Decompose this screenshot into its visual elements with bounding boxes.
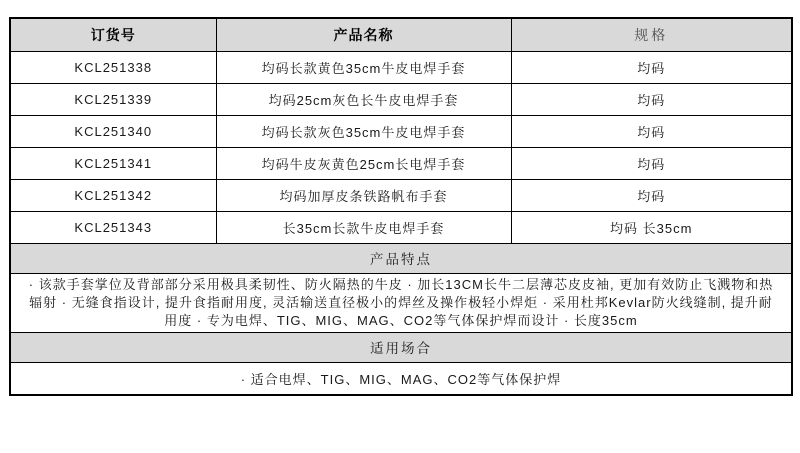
order-number-cell: KCL251338	[10, 51, 216, 83]
spec-cell: 均码	[511, 83, 792, 115]
order-number-cell: KCL251339	[10, 83, 216, 115]
table-row: KCL251342 均码加厚皮条铁路帆布手套 均码	[10, 179, 792, 211]
features-content-row: · 该款手套掌位及背部部分采用极具柔韧性、防火隔热的牛皮 · 加长13CM长牛二…	[10, 273, 792, 332]
features-content-text: · 该款手套掌位及背部部分采用极具柔韧性、防火隔热的牛皮 · 加长13CM长牛二…	[10, 273, 792, 332]
table-row: KCL251338 均码长款黄色35cm牛皮电焊手套 均码	[10, 51, 792, 83]
applications-section-header-row: 适用场合	[10, 332, 792, 362]
applications-content-text: · 适合电焊、TIG、MIG、MAG、CO2等气体保护焊	[10, 362, 792, 395]
spec-cell: 均码	[511, 115, 792, 147]
table-row: KCL251343 长35cm长款牛皮电焊手套 均码 长35cm	[10, 211, 792, 243]
table-row: KCL251339 均码25cm灰色长牛皮电焊手套 均码	[10, 83, 792, 115]
table-header-row: 订货号 产品名称 规格	[10, 18, 792, 51]
product-name-cell: 均码25cm灰色长牛皮电焊手套	[216, 83, 511, 115]
order-number-cell: KCL251342	[10, 179, 216, 211]
product-name-cell: 均码长款黄色35cm牛皮电焊手套	[216, 51, 511, 83]
applications-content-row: · 适合电焊、TIG、MIG、MAG、CO2等气体保护焊	[10, 362, 792, 395]
spec-cell: 均码	[511, 147, 792, 179]
table-row: KCL251341 均码牛皮灰黄色25cm长电焊手套 均码	[10, 147, 792, 179]
applications-section-title: 适用场合	[10, 332, 792, 362]
product-name-cell: 均码牛皮灰黄色25cm长电焊手套	[216, 147, 511, 179]
column-header-product-name: 产品名称	[216, 18, 511, 51]
product-name-cell: 均码加厚皮条铁路帆布手套	[216, 179, 511, 211]
column-header-spec: 规格	[511, 18, 792, 51]
spec-cell: 均码	[511, 51, 792, 83]
features-section-title: 产品特点	[10, 243, 792, 273]
table-row: KCL251340 均码长款灰色35cm牛皮电焊手套 均码	[10, 115, 792, 147]
order-number-cell: KCL251343	[10, 211, 216, 243]
order-number-cell: KCL251341	[10, 147, 216, 179]
column-header-order-number: 订货号	[10, 18, 216, 51]
spec-cell: 均码 长35cm	[511, 211, 792, 243]
product-spec-table: 订货号 产品名称 规格 KCL251338 均码长款黄色35cm牛皮电焊手套 均…	[9, 17, 793, 396]
product-name-cell: 均码长款灰色35cm牛皮电焊手套	[216, 115, 511, 147]
features-section-header-row: 产品特点	[10, 243, 792, 273]
product-name-cell: 长35cm长款牛皮电焊手套	[216, 211, 511, 243]
order-number-cell: KCL251340	[10, 115, 216, 147]
spec-cell: 均码	[511, 179, 792, 211]
